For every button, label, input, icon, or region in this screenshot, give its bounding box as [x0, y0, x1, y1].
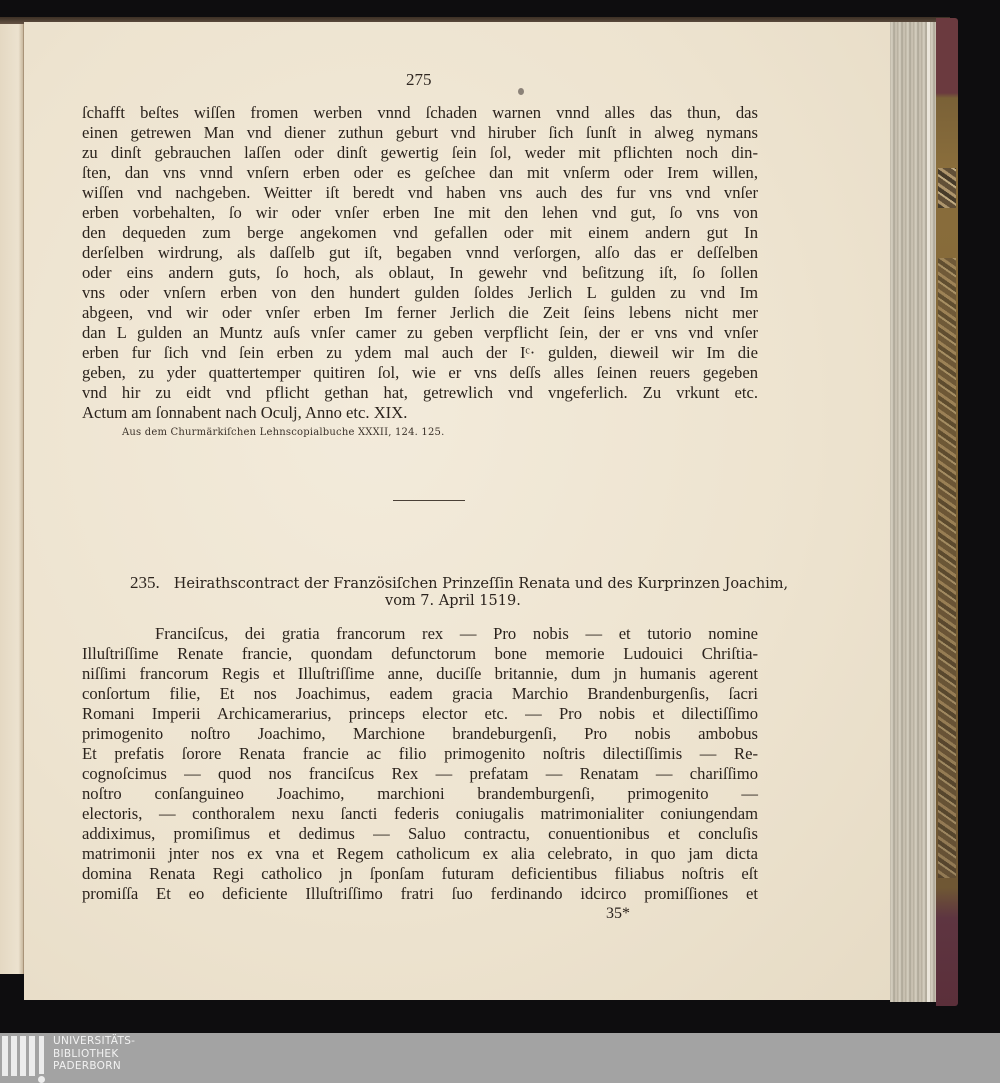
source-note: Aus dem Churmärkiſchen Lehnscopialbuche … [122, 427, 444, 438]
text-line: einen getrewen Man vnd diener zuthun geb… [82, 123, 758, 143]
text-line: matrimonii jnter nos ex vna et Regem cat… [82, 844, 758, 864]
text-line: derſelben wirdrung, als daſſelb gut iſt,… [82, 243, 758, 263]
text-line: cognoſcimus — quod nos franciſcus Rex — … [82, 764, 758, 784]
library-name: UNIVERSITÄTS- BIBLIOTHEK PADERBORN [53, 1035, 135, 1073]
page-stack-edge [890, 22, 936, 1002]
library-name-line: PADERBORN [53, 1060, 135, 1073]
text-line: ſchafft beſtes wiſſen fromen werben vnnd… [82, 103, 758, 123]
section-divider [393, 500, 465, 501]
text-line: erben fur ſich vnd ſein erben zu ydem ma… [82, 343, 758, 363]
text-line: ſten, dan vns vnnd vnſern erben oder es … [82, 163, 758, 183]
scan-viewer: 275 ſchafft beſtes wiſſen fromen werben … [0, 0, 1000, 1083]
text-line: geben, zu yder quattertemper quitiren ſo… [82, 363, 758, 383]
text-line: promiſſa Et eo deficiente Illuſtriſſimo … [82, 884, 758, 904]
marble-pattern-top [938, 168, 956, 208]
page-number: 275 [406, 70, 432, 90]
text-line: noſtro conſanguineo Joachimo, marchioni … [82, 784, 758, 804]
text-line: domina Renata Regi catholico jn ſponſam … [82, 864, 758, 884]
library-banner: UNIVERSITÄTS- BIBLIOTHEK PADERBORN [0, 1033, 1000, 1083]
signature-mark: 35* [606, 905, 630, 923]
document-number: 235. [130, 573, 160, 592]
text-line: primogenito noſtro Joachimo, Marchione b… [82, 724, 758, 744]
library-name-line: UNIVERSITÄTS- [53, 1035, 135, 1048]
text-line: erben vorbehalten, ſo wir oder vnſer erb… [82, 203, 758, 223]
text-line: conſortum filie, Et nos Joachimus, eadem… [82, 684, 758, 704]
text-line: Franciſcus, dei gratia francorum rex — P… [155, 624, 758, 644]
text-line: Et prefatis ſorore Renata francie ac fil… [82, 744, 758, 764]
library-logo-icon [2, 1036, 46, 1082]
library-name-line: BIBLIOTHEK [53, 1048, 135, 1061]
text-line: Actum am ſonnabent nach Oculj, Anno etc.… [82, 403, 758, 423]
text-line: Illuſtriſſime Renate francie, quondam de… [82, 644, 758, 664]
text-line: electoris, — conthoralem nexu ſancti fed… [82, 804, 758, 824]
text-line: wiſſen vnd nachgeben. Weitter iſt beredt… [82, 183, 758, 203]
text-line: den dequeden zum berge angekomen vnd gef… [82, 223, 758, 243]
text-line: zu dinſt gebrauchen laſſen oder dinſt ge… [82, 143, 758, 163]
text-line: vnd hir zu eidt vnd pflicht gethan hat, … [82, 383, 758, 403]
text-line: Romani Imperii Archicamerarius, princeps… [82, 704, 758, 724]
facing-page-edge [0, 24, 24, 974]
text-line: abgeen, vnd wir oder vnſer erben Im fern… [82, 303, 758, 323]
text-line: niſſimi francorum Regis et Illuſtriſſime… [82, 664, 758, 684]
text-line: vns oder vnſern erben von den hundert gu… [82, 283, 758, 303]
book-spine [936, 18, 958, 1006]
text-line: oder eins andern guts, ſo hoch, als obla… [82, 263, 758, 283]
document-date: vom 7. April 1519. [385, 590, 521, 612]
text-line: dan L gulden an Muntz auſs vnſer camer z… [82, 323, 758, 343]
ink-spot [518, 88, 524, 95]
text-line: addiximus, promiſimus et dedimus — Saluo… [82, 824, 758, 844]
marble-pattern-middle [938, 258, 956, 878]
